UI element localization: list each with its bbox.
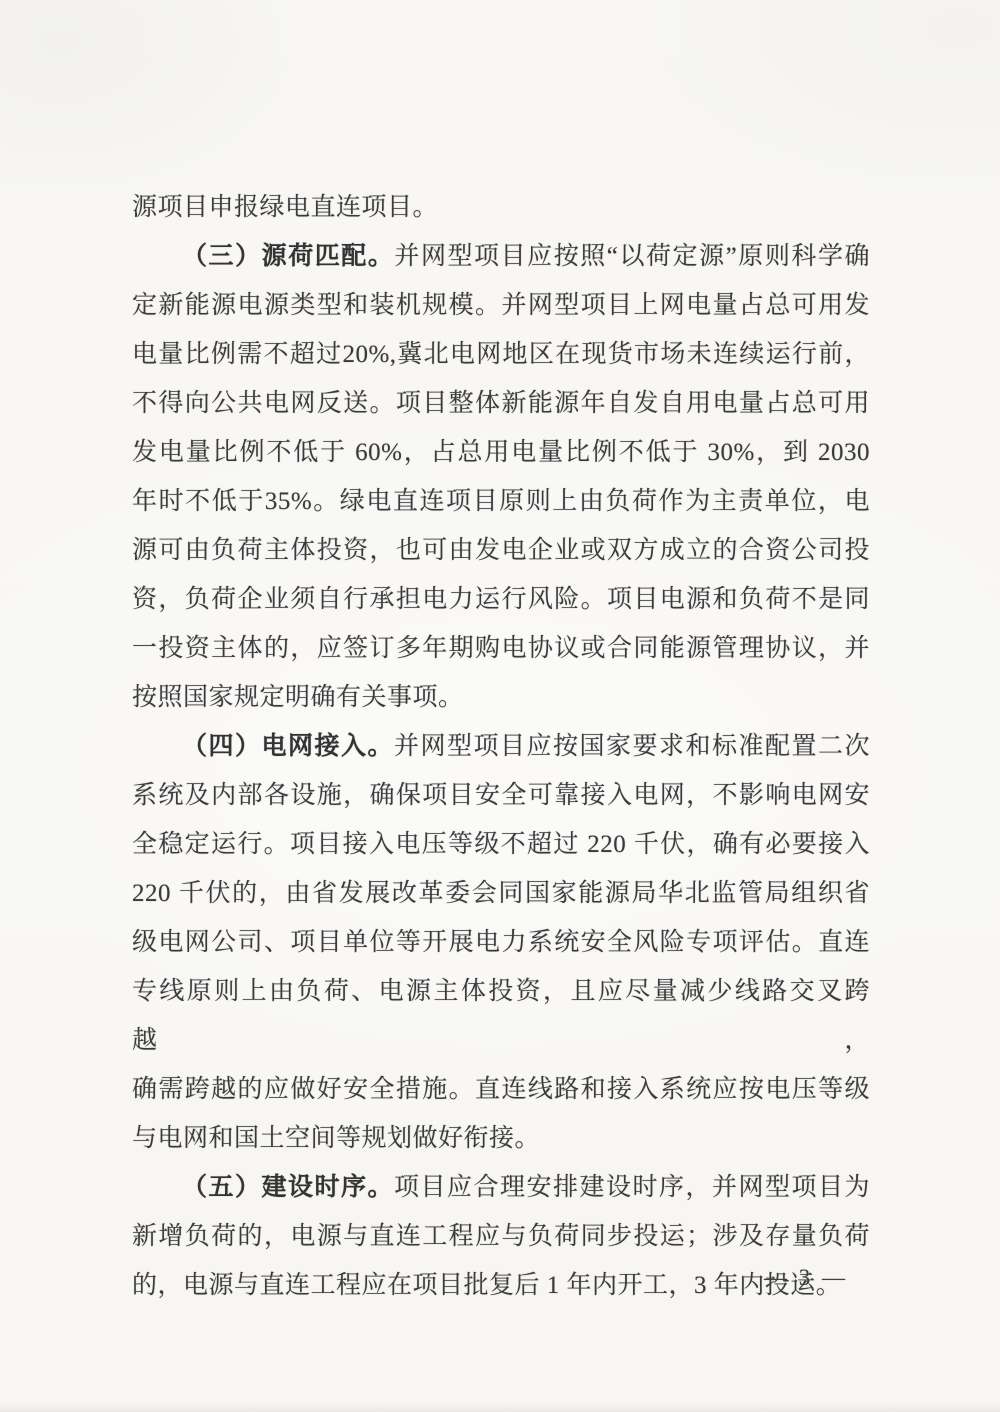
- page-number: — 3 —: [764, 1262, 848, 1294]
- line-text: 级电网公司、项目单位等开展电力系统安全风险专项评估。直连: [132, 929, 870, 956]
- text-line: 按照国家规定明确有关事项。: [132, 673, 870, 722]
- text-line: 年时不低于35%。绿电直连项目原则上由负荷作为主责单位，电: [132, 477, 870, 526]
- document-body: 源项目申报绿电直连项目。 （三）源荷匹配。并网型项目应按照“以荷定源”原则科学确…: [132, 183, 870, 1310]
- text-line: 资，负荷企业须自行承担电力运行风险。项目电源和负荷不是同: [132, 575, 870, 624]
- text-line: 220 千伏的，由省发展改革委会同国家能源局华北监管局组织省: [132, 869, 870, 918]
- line-text: 系统及内部各设施，确保项目安全可靠接入电网，不影响电网安: [132, 782, 870, 809]
- scanned-document-page: 源项目申报绿电直连项目。 （三）源荷匹配。并网型项目应按照“以荷定源”原则科学确…: [0, 0, 1000, 1412]
- section-heading: （四）电网接入。: [182, 733, 394, 760]
- text-line: （三）源荷匹配。并网型项目应按照“以荷定源”原则科学确: [132, 232, 870, 281]
- text-line: 新增负荷的，电源与直连工程应与负荷同步投运；涉及存量负荷: [132, 1212, 870, 1261]
- line-text: 电量比例需不超过20%,冀北电网地区在现货市场未连续运行前，: [132, 341, 870, 368]
- line-text: 源可由负荷主体投资，也可由发电企业或双方成立的合资公司投: [132, 537, 870, 564]
- text-line: 系统及内部各设施，确保项目安全可靠接入电网，不影响电网安: [132, 771, 870, 820]
- line-text: 并网型项目应按照“以荷定源”原则科学确: [394, 243, 870, 270]
- line-text: 源项目申报绿电直连项目。: [132, 194, 438, 221]
- text-line: 不得向公共电网反送。项目整体新能源年自发自用电量占总可用: [132, 379, 870, 428]
- section-heading: （三）源荷匹配。: [182, 243, 394, 270]
- line-text: 发电量比例不低于 60%，占总用电量比例不低于 30%，到 2030: [132, 439, 870, 466]
- line-text: 220 千伏的，由省发展改革委会同国家能源局华北监管局组织省: [132, 880, 870, 907]
- line-text: 全稳定运行。项目接入电压等级不超过 220 千伏，确有必要接入: [132, 831, 870, 858]
- text-line: 专线原则上由负荷、电源主体投资，且应尽量减少线路交叉跨越，: [132, 967, 870, 1065]
- line-text: 资，负荷企业须自行承担电力运行风险。项目电源和负荷不是同: [132, 586, 870, 613]
- line-text: 与电网和国土空间等规划做好衔接。: [132, 1125, 540, 1152]
- line-text: 并网型项目应按国家要求和标准配置二次: [394, 733, 870, 760]
- text-line: 定新能源电源类型和装机规模。并网型项目上网电量占总可用发: [132, 281, 870, 330]
- text-line: 全稳定运行。项目接入电压等级不超过 220 千伏，确有必要接入: [132, 820, 870, 869]
- line-text: 按照国家规定明确有关事项。: [132, 684, 464, 711]
- line-text: 项目应合理安排建设时序，并网型项目为: [394, 1174, 870, 1201]
- text-line: 源可由负荷主体投资，也可由发电企业或双方成立的合资公司投: [132, 526, 870, 575]
- line-text: 确需跨越的应做好安全措施。直连线路和接入系统应按电压等级: [132, 1076, 870, 1103]
- text-line: 源项目申报绿电直连项目。: [132, 183, 870, 232]
- text-line: 确需跨越的应做好安全措施。直连线路和接入系统应按电压等级: [132, 1065, 870, 1114]
- line-text: 年时不低于35%。绿电直连项目原则上由负荷作为主责单位，电: [132, 488, 870, 515]
- text-line: 与电网和国土空间等规划做好衔接。: [132, 1114, 870, 1163]
- text-line: 发电量比例不低于 60%，占总用电量比例不低于 30%，到 2030: [132, 428, 870, 477]
- line-text: 不得向公共电网反送。项目整体新能源年自发自用电量占总可用: [132, 390, 870, 417]
- line-text: 专线原则上由负荷、电源主体投资，且应尽量减少线路交叉跨越，: [132, 978, 870, 1054]
- line-text: 定新能源电源类型和装机规模。并网型项目上网电量占总可用发: [132, 292, 870, 319]
- text-line: 一投资主体的，应签订多年期购电协议或合同能源管理协议，并: [132, 624, 870, 673]
- line-text: 一投资主体的，应签订多年期购电协议或合同能源管理协议，并: [132, 635, 870, 662]
- section-heading: （五）建设时序。: [182, 1174, 394, 1201]
- text-line: （五）建设时序。项目应合理安排建设时序，并网型项目为: [132, 1163, 870, 1212]
- text-line: （四）电网接入。并网型项目应按国家要求和标准配置二次: [132, 722, 870, 771]
- text-line: 级电网公司、项目单位等开展电力系统安全风险专项评估。直连: [132, 918, 870, 967]
- text-line: 电量比例需不超过20%,冀北电网地区在现货市场未连续运行前，: [132, 330, 870, 379]
- text-line: 的，电源与直连工程应在项目批复后 1 年内开工，3 年内投运。: [132, 1261, 870, 1310]
- line-text: 的，电源与直连工程应在项目批复后 1 年内开工，3 年内投运。: [132, 1272, 841, 1299]
- line-text: 新增负荷的，电源与直连工程应与负荷同步投运；涉及存量负荷: [132, 1223, 870, 1250]
